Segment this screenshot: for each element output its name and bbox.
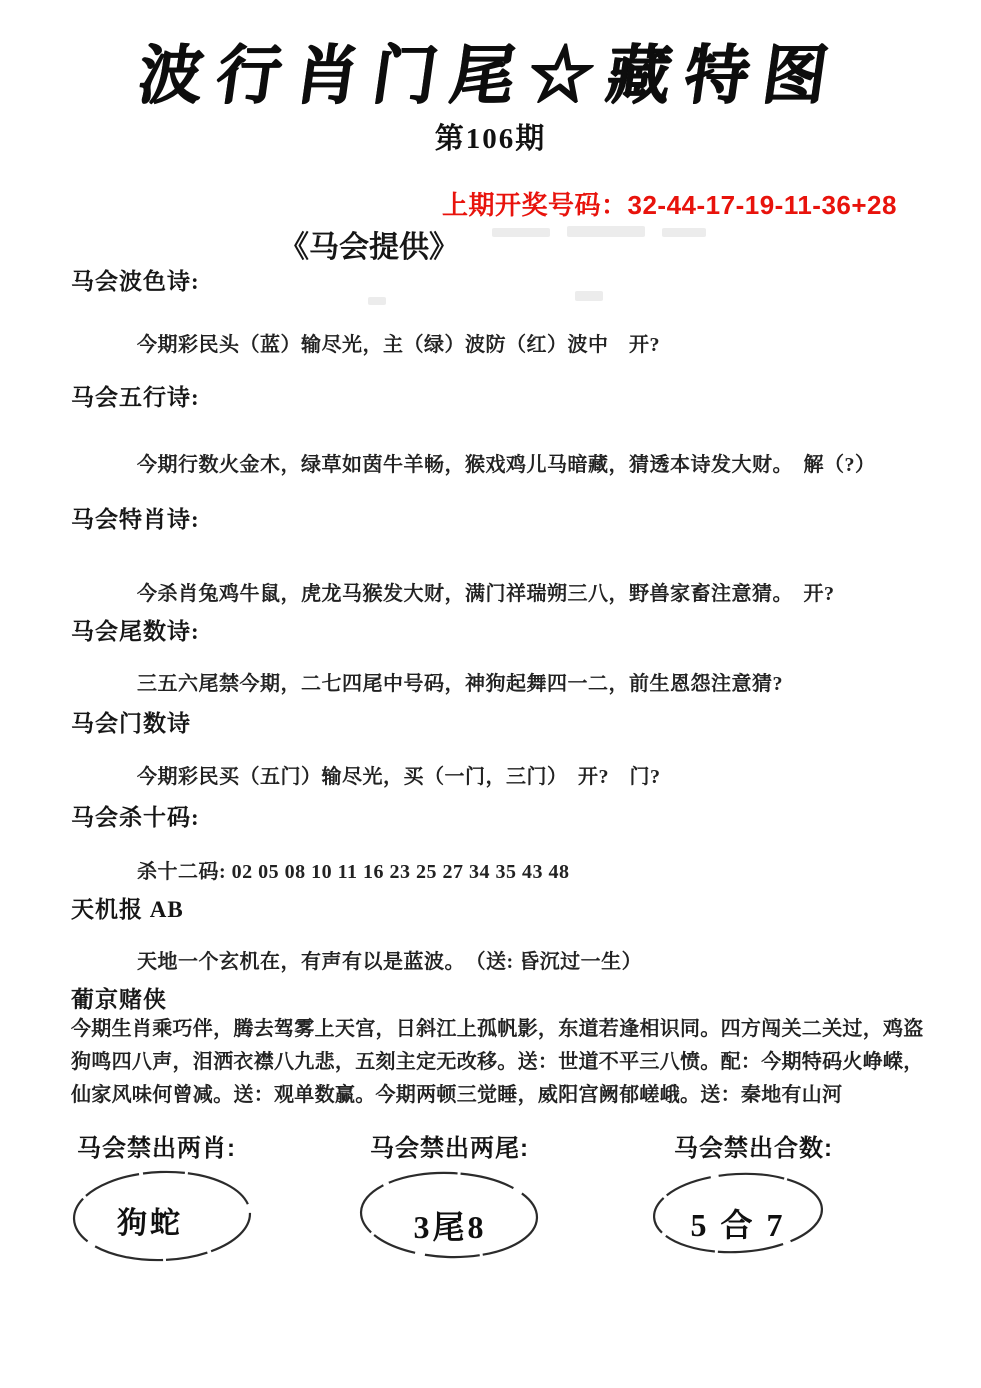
heading-shashima: 马会杀十码: (71, 799, 200, 832)
scan-artifact (567, 226, 645, 237)
scan-artifact (575, 291, 603, 301)
label-forbidden-sum: 马会禁出合数: (674, 1128, 833, 1163)
scan-artifact (368, 297, 386, 305)
heading-tianjibao: 天机报 AB (71, 891, 184, 924)
label-forbidden-zodiacs: 马会禁出两肖: (77, 1128, 236, 1163)
last-draw-result: 上期开奖号码：32-44-17-19-11-36+28 (442, 185, 897, 222)
scan-artifact (492, 228, 550, 237)
forbidden-tails-value: 3尾8 (365, 1202, 535, 1248)
forbidden-zodiacs-value: 狗蛇 (70, 1198, 230, 1242)
heading-bose-poem: 马会波色诗: (71, 263, 200, 296)
document-page: 波行肖门尾☆藏特图 第106期 上期开奖号码：32-44-17-19-11-36… (0, 0, 981, 1388)
pujing-line: 今期生肖乘巧伴，腾去驾雾上天宫，日斜江上孤帆影，东道若逢相识同。四方闯关二关过，… (71, 1012, 924, 1041)
heading-menshu-poem: 马会门数诗 (71, 705, 191, 738)
pujing-line: 狗鸣四八声，泪洒衣襟八九悲，五刻主定无改移。送：世道不平三八愤。配：今期特码火峥… (71, 1045, 924, 1074)
verse-bose-poem: 今期彩民头（蓝）输尽光，主（绿）波防（红）波中 开? (137, 328, 660, 357)
verse-shashima-numbers: 杀十二码: 02 05 08 10 11 16 23 25 27 34 35 4… (137, 855, 570, 884)
issue-number: 第106期 (0, 116, 981, 157)
pujing-line: 仙家风味何曾减。送：观单数赢。今期两顿三觉睡，威阳宫阙郁嵯峨。送：秦地有山河 (71, 1078, 842, 1107)
forbidden-sum-value: 5 合 7 (650, 1200, 826, 1246)
provider-note: 《马会提供》 (279, 222, 459, 266)
label-forbidden-tails: 马会禁出两尾: (370, 1128, 529, 1163)
heading-weishu-poem: 马会尾数诗: (71, 613, 200, 646)
verse-weishu-poem: 三五六尾禁今期，二七四尾中号码，神狗起舞四一二，前生恩怨注意猜? (137, 667, 783, 696)
heading-wuxing-poem: 马会五行诗: (71, 379, 200, 412)
verse-menshu-poem: 今期彩民买（五门）输尽光，买（一门，三门） 开? 门? (137, 760, 661, 789)
verse-texiao-poem: 今杀肖兔鸡牛鼠，虎龙马猴发大财，满门祥瑞朔三八，野兽家畜注意猜。 开? (137, 577, 835, 606)
scan-artifact (662, 228, 706, 237)
page-title: 波行肖门尾☆藏特图 (0, 24, 981, 116)
verse-wuxing-poem: 今期行数火金木，绿草如茵牛羊畅，猴戏鸡儿马暗藏，猜透本诗发大财。 解（?） (137, 448, 876, 477)
heading-pujing-duxia: 葡京赌侠 (71, 981, 167, 1014)
verse-tianjibao: 天地一个玄机在，有声有以是蓝波。 （送: 昏沉过一生） (137, 945, 642, 974)
heading-texiao-poem: 马会特肖诗: (71, 501, 200, 534)
